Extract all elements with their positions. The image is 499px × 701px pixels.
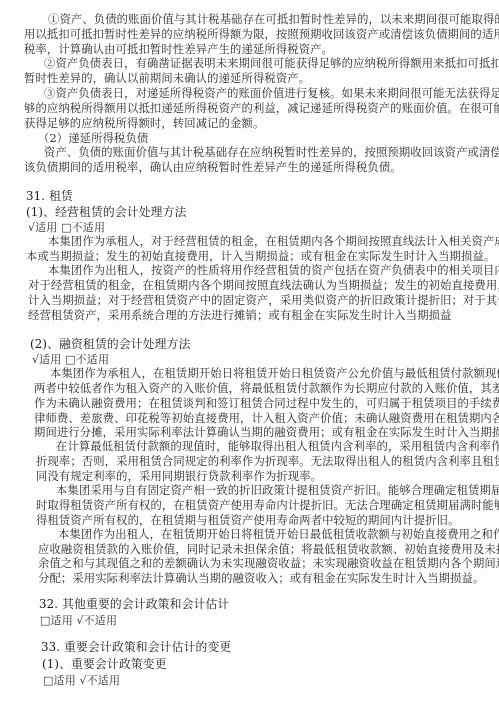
paragraph-line: 期间进行分摊，采用实际利率法计算确认当期的融资费用；或有租金在实际发生时计入当期… [34,426,499,440]
paragraph-line: 分配；采用实际利率法计算确认当期的融资收入；或有租金在实际发生时计入当期损益。 [38,572,484,586]
subheading-deferred-tax-liability: （2）递延所得税负债 [38,132,148,146]
paragraph-line: 两者中较低者作为租入资产的入账价值，将最低租赁付款额作为长期应付款的入账价值，其… [34,382,499,396]
paragraph-line: 律师费、差旅费、印花税等初始直接费用，计入租入资产价值；未确认融资费用在租赁期内… [34,412,499,426]
paragraph-line: ②资产负债表日，有确凿证据表明未来期间很可能获得足够的应纳税所得额用来抵扣可抵扣 [44,57,499,71]
paragraph-line: 计入当期损益；对于经营租赁资产中的固定资产，采用类似资产的折旧政策计提折旧；对于… [28,294,499,308]
paragraph-line: 获得足够的应纳税所得额时，转回减记的金额。 [24,117,264,131]
section-32-applicable: □适用 √不适用 [40,614,117,628]
paragraph-line: 够的应纳税所得额用以抵扣递延所得税资产的利益，减记递延所得税资产的账面价值。在很… [24,102,499,116]
finance-lease-title: (2)、融资租赁的会计处理方法 [30,337,191,351]
paragraph-line: 作为未确认融资费用；在租赁谈判和签订租赁合同过程中发生的，可归属于租赁项目的手续… [34,397,499,411]
policy-change-title: (1)、重要会计政策变更 [42,657,167,671]
finance-lease-applicable: √适用 □不适用 [32,353,109,367]
section-32-title: 32. 其他重要的会计政策和会计估计 [39,597,229,611]
paragraph-line: 本集团采用与自有固定资产相一致的折旧政策计提租赁资产折旧。能够合理确定租赁期届满 [56,484,499,498]
paragraph-line: 折现率；否则，采用租赁合同规定的利率作为折现率。无法取得出租人的租赁内含利率且租… [36,455,499,469]
paragraph-line: 余值之和与其现值之和的差额确认为未实现融资收益；未实现融资收益在租赁期内各个期间… [38,557,499,571]
paragraph-line: 时取得租赁资产所有权的，在租赁资产使用寿命内计提折旧。无法合理确定租赁期届满时能… [36,499,499,513]
operating-lease-applicable: √适用 □不适用 [28,221,105,235]
paragraph-line: 经营租赁资产，采用系统合理的方法进行摊销；或有租金在实际发生时计入当期损益 [28,309,452,323]
paragraph-line: 得租赁资产所有权的，在租赁期与租赁资产使用寿命两者中较短的期间内计提折旧。 [36,514,460,528]
paragraph-line: 用以抵扣可抵扣暂时性差异的应纳税所得额为限，按照预期收回该资产或清偿该负债期间的… [24,28,499,42]
paragraph-line: 本集团作为承租人，在租赁期开始日将租赁开始日租赁资产公允价值与最低租赁付款额现值 [50,367,499,381]
paragraph-line: ③资产负债表日，对递延所得税资产的账面价值进行复核。如果未来期间很可能无法获得足 [44,87,499,101]
document-page: ①资产、负债的账面价值与其计税基础存在可抵扣暂时性差异的，以未来期间很可能取得的… [0,0,499,701]
operating-lease-title: (1)、经营租赁的会计处理方法 [26,205,187,219]
paragraph-line: 应收融资租赁款的入账价值，同时记录未担保余值；将最低租赁收款额、初始直接费用及未… [38,543,499,557]
paragraph-line: 本集团作为出租人，在租赁期开始日将租赁开始日最低租赁收款额与初始直接费用之和作为 [58,528,499,542]
paragraph-line: 对于经营租赁的租金，在租赁期内各个期间按照直线法确认为当期损益；发生的初始直接费… [28,279,499,293]
paragraph-line: 资产、负债的账面价值与其计税基础存在应纳税暂时性差异的，按照预期收回该资产或清偿 [44,146,499,160]
paragraph-line: 本或当期损益；发生的初始直接费用，计入当期损益；或有租金在实际发生时计入当期损益… [26,250,495,264]
paragraph-line: 同没有规定利率的，采用同期银行贷款利率作为折现率。 [36,470,322,484]
section-33-title: 33. 重要会计政策和会计估计的变更 [41,640,231,654]
policy-change-applicable: □适用 √不适用 [43,674,120,688]
paragraph-line: 该负债期间的适用税率，确认由应纳税暂时性差异产生的递延所得税负债。 [24,161,402,175]
section-31-title: 31. 租赁 [26,189,73,203]
paragraph-line: 暂时性差异的，确认以前期间未确认的递延所得税资产。 [24,72,310,86]
paragraph-line: 在计算最低租赁付款额的现值时，能够取得出租人租赁内含利率的，采用租赁内含利率作为 [56,440,499,454]
paragraph-line: 税率，计算确认由可抵扣暂时性差异产生的递延所得税资产。 [24,43,333,57]
paragraph-line: 本集团作为出租人，按资产的性质将用作经营租赁的资产包括在资产负债表中的相关项目内… [48,264,499,278]
paragraph-line: 本集团作为承租人，对于经营租赁的租金，在租赁期内各个期间按照直线法计入相关资产成 [48,235,499,249]
paragraph-line: ①资产、负债的账面价值与其计税基础存在可抵扣暂时性差异的，以未来期间很可能取得的 [48,13,499,27]
